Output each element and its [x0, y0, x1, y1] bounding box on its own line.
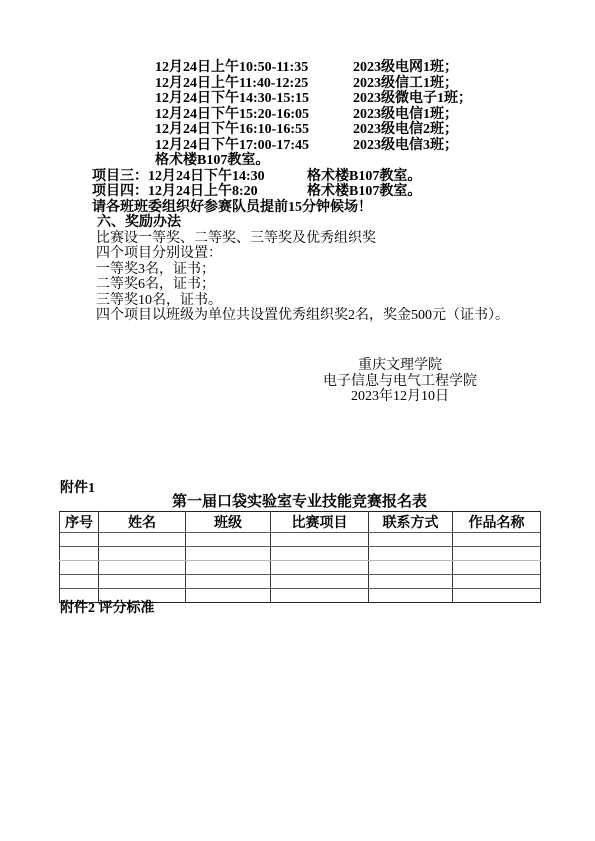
table-cell-empty — [453, 589, 541, 603]
table-cell-empty — [186, 561, 271, 575]
table-cell-empty — [453, 533, 541, 547]
schedule-line: 12月24日下午16:10-16:552023级电信2班； — [0, 122, 595, 138]
project-label: 项目三：12月24日下午14:30 — [92, 169, 307, 185]
schedule-line: 12月24日下午14:30-15:152023级微电子1班； — [0, 91, 595, 107]
registration-table: 序号 姓名 班级 比赛项目 联系方式 作品名称 — [59, 511, 541, 603]
schedule-time: 12月24日上午11:40-12:25 — [155, 76, 353, 92]
table-cell-empty — [99, 575, 186, 589]
schedule-time: 12月24日下午14:30-15:15 — [155, 91, 353, 107]
table-cell-empty — [99, 547, 186, 561]
table-cell-empty — [453, 547, 541, 561]
project-venue: 格术楼B107教室。 — [307, 169, 421, 184]
col-header-name: 姓名 — [99, 512, 186, 533]
table-cell-empty — [369, 533, 453, 547]
table-cell-empty — [271, 575, 369, 589]
table-cell-empty — [60, 533, 99, 547]
col-header-contact: 联系方式 — [369, 512, 453, 533]
schedule-time: 12月24日下午17:00-17:45 — [155, 138, 353, 154]
table-header-row: 序号 姓名 班级 比赛项目 联系方式 作品名称 — [60, 512, 541, 533]
document-page: 12月24日上午10:50-11:352023级电网1班； 12月24日上午11… — [0, 0, 595, 841]
schedule-class: 2023级电信2班； — [353, 122, 458, 137]
table-row — [60, 575, 541, 589]
table-cell-empty — [369, 561, 453, 575]
table-cell-empty — [453, 575, 541, 589]
table-cell-empty — [369, 589, 453, 603]
schedule-class: 2023级电信1班； — [353, 107, 458, 122]
body-text: 12月24日上午10:50-11:352023级电网1班； 12月24日上午11… — [0, 60, 595, 324]
schedule-line: 12月24日下午15:20-16:052023级电信1班； — [0, 107, 595, 123]
table-cell-empty — [60, 547, 99, 561]
table-cell-empty — [369, 575, 453, 589]
table-cell-empty — [271, 533, 369, 547]
schedule-class: 2023级电信3班； — [353, 138, 458, 153]
award-line: 一等奖3名，证书； — [0, 262, 595, 278]
project-line: 项目四：12月24日上午8:20格术楼B107教室。 — [0, 184, 595, 200]
table-cell-empty — [186, 575, 271, 589]
signature-block: 重庆文理学院 电子信息与电气工程学院 2023年12月10日 — [300, 358, 500, 405]
col-header-index: 序号 — [60, 512, 99, 533]
schedule-time: 12月24日下午15:20-16:05 — [155, 107, 353, 123]
col-header-class: 班级 — [186, 512, 271, 533]
schedule-time: 12月24日上午10:50-11:35 — [155, 60, 353, 76]
project-label: 项目四：12月24日上午8:20 — [92, 184, 307, 200]
table-row — [60, 533, 541, 547]
table-cell-empty — [186, 533, 271, 547]
schedule-time: 12月24日下午16:10-16:55 — [155, 122, 353, 138]
table-cell-empty — [60, 575, 99, 589]
table-cell-empty — [186, 589, 271, 603]
award-line: 四个项目分别设置： — [0, 246, 595, 262]
table-cell-empty — [271, 561, 369, 575]
schedule-class: 2023级微电子1班； — [353, 91, 472, 106]
schedule-line: 12月24日上午10:50-11:352023级电网1班； — [0, 60, 595, 76]
table-cell-empty — [271, 589, 369, 603]
table-cell-empty — [99, 533, 186, 547]
section-heading-awards: 六、奖励办法 — [0, 215, 595, 231]
table-row — [60, 561, 541, 575]
schedule-venue: 格术楼B107教室。 — [0, 153, 595, 169]
signature-college: 电子信息与电气工程学院 — [300, 374, 500, 390]
project-line: 项目三：12月24日下午14:30格术楼B107教室。 — [0, 169, 595, 185]
table-cell-empty — [60, 561, 99, 575]
signature-university: 重庆文理学院 — [300, 358, 500, 374]
award-line: 比赛设一等奖、二等奖、三等奖及优秀组织奖 — [0, 231, 595, 247]
schedule-class: 2023级电网1班； — [353, 60, 458, 75]
registration-table-title: 第一届口袋实验室专业技能竞赛报名表 — [59, 494, 540, 510]
schedule-class: 2023级信工1班； — [353, 76, 458, 91]
attachment2-label: 附件2 评分标准 — [60, 601, 155, 617]
table-cell-empty — [186, 547, 271, 561]
project-venue: 格术楼B107教室。 — [307, 184, 421, 199]
signature-date: 2023年12月10日 — [300, 389, 500, 405]
notice-line: 请各班班委组织好参赛队员提前15分钟候场！ — [0, 200, 595, 216]
schedule-line: 12月24日下午17:00-17:452023级电信3班； — [0, 138, 595, 154]
col-header-work: 作品名称 — [453, 512, 541, 533]
table-row — [60, 547, 541, 561]
schedule-line: 12月24日上午11:40-12:252023级信工1班； — [0, 76, 595, 92]
award-line: 三等奖10名，证书。 — [0, 293, 595, 309]
award-line: 二等奖6名，证书； — [0, 277, 595, 293]
table-cell-empty — [453, 561, 541, 575]
col-header-event: 比赛项目 — [271, 512, 369, 533]
table-cell-empty — [99, 561, 186, 575]
table-cell-empty — [369, 547, 453, 561]
table-cell-empty — [271, 547, 369, 561]
award-line: 四个项目以班级为单位共设置优秀组织奖2名，奖金500元（证书）。 — [0, 308, 595, 324]
